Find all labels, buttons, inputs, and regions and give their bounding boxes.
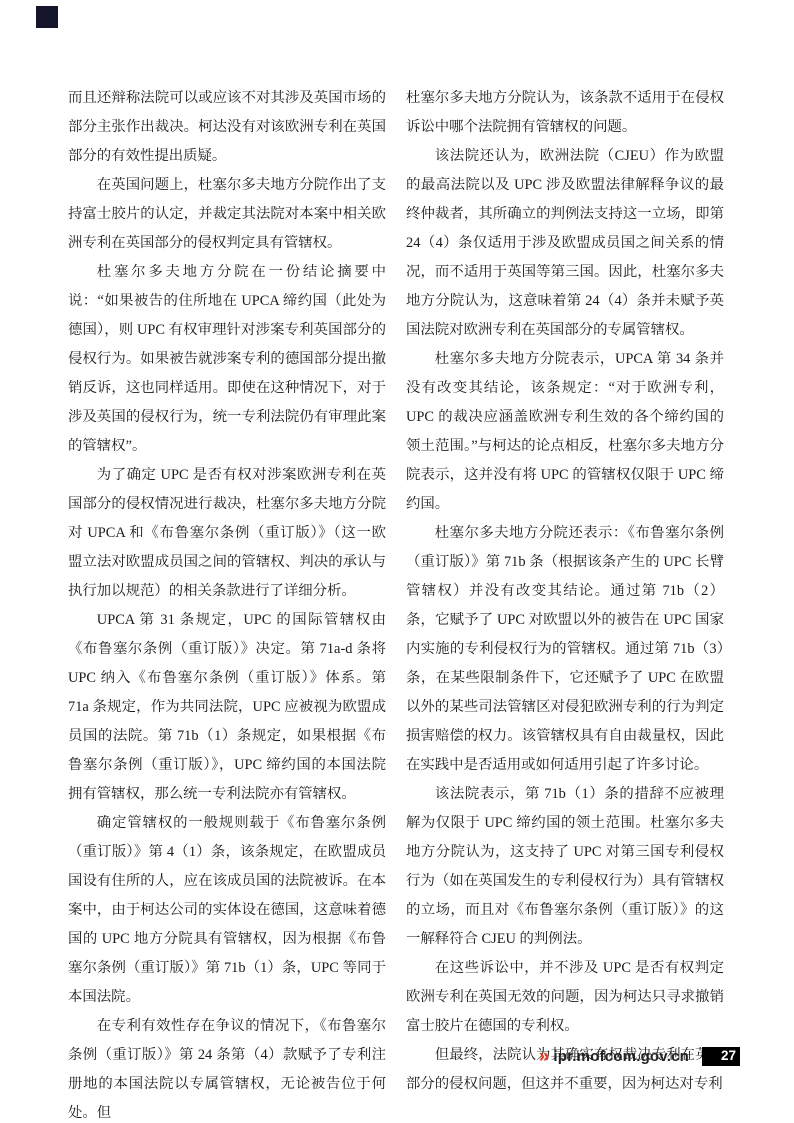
paragraph: 在英国问题上，杜塞尔多夫地方分院作出了支持富士胶片的认定，并裁定其法院对本案中相… bbox=[68, 171, 386, 258]
paragraph: 该法院表示，第 71b（1）条的措辞不应被理解为仅限于 UPC 缔约国的领土范围… bbox=[406, 780, 724, 954]
left-text-column: 而且还辩称法院可以或应该不对其涉及英国市场的部分主张作出裁决。柯达没有对该欧洲专… bbox=[68, 84, 386, 1123]
paragraph: 杜塞尔多夫地方分院在一份结论摘要中说：“如果被告的住所地在 UPCA 缔约国（此… bbox=[68, 258, 386, 461]
corner-square-ornament bbox=[36, 6, 58, 28]
page-number-badge: 27 bbox=[702, 1047, 740, 1066]
paragraph: 在这些诉讼中，并不涉及 UPC 是否有权判定欧洲专利在英国无效的问题，因为柯达只… bbox=[406, 954, 724, 1041]
page-number: 27 bbox=[721, 1049, 736, 1063]
document-page: 而且还辩称法院可以或应该不对其涉及英国市场的部分主张作出裁决。柯达没有对该欧洲专… bbox=[0, 0, 794, 1123]
paragraph: 为了确定 UPC 是否有权对涉案欧洲专利在英国部分的侵权情况进行裁决，杜塞尔多夫… bbox=[68, 461, 386, 606]
paragraph: 杜塞尔多夫地方分院认为，该条款不适用于在侵权诉讼中哪个法院拥有管辖权的问题。 bbox=[406, 84, 724, 142]
paragraph: 而且还辩称法院可以或应该不对其涉及英国市场的部分主张作出裁决。柯达没有对该欧洲专… bbox=[68, 84, 386, 171]
double-chevron-icon: » bbox=[539, 1047, 549, 1066]
paragraph: 确定管辖权的一般规则载于《布鲁塞尔条例（重订版）》第 4（1）条，该条规定，在欧… bbox=[68, 809, 386, 1012]
paragraph: 在专利有效性存在争议的情况下，《布鲁塞尔条例（重订版）》第 24 条第（4）款赋… bbox=[68, 1012, 386, 1123]
right-text-column: 杜塞尔多夫地方分院认为，该条款不适用于在侵权诉讼中哪个法院拥有管辖权的问题。该法… bbox=[406, 84, 724, 1099]
paragraph: 该法院还认为，欧洲法院（CJEU）作为欧盟的最高法院以及 UPC 涉及欧盟法律解… bbox=[406, 142, 724, 345]
paragraph: 杜塞尔多夫地方分院表示，UPCA 第 34 条并没有改变其结论，该条规定：“对于… bbox=[406, 345, 724, 519]
paragraph: UPCA 第 31 条规定，UPC 的国际管辖权由《布鲁塞尔条例（重订版）》决定… bbox=[68, 606, 386, 809]
paragraph: 杜塞尔多夫地方分院还表示：《布鲁塞尔条例（重订版）》第 71b 条（根据该条产生… bbox=[406, 519, 724, 780]
page-footer: » ipr.mofcom.gov.cn 27 bbox=[539, 1045, 740, 1067]
footer-site-url: ipr.mofcom.gov.cn bbox=[553, 1048, 689, 1065]
